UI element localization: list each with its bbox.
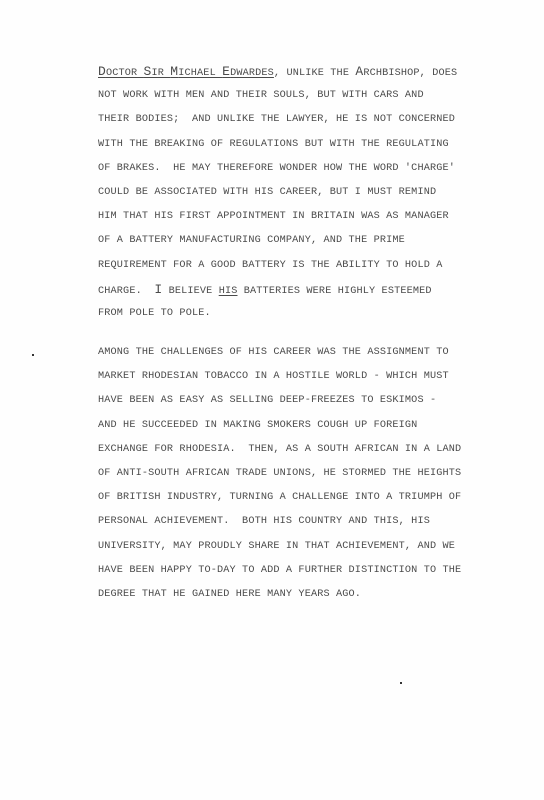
text-line: university, may proudly share in that ac… bbox=[98, 535, 538, 559]
line-rest: , unlike the Archbishop, does bbox=[274, 68, 457, 79]
text-line: could be associated with his career, but… bbox=[98, 181, 538, 205]
text-line: not work with men and their souls, but w… bbox=[98, 84, 538, 108]
text-line: of British industry, turning a challenge… bbox=[98, 486, 538, 510]
text-line: personal achievement. Both his country a… bbox=[98, 510, 538, 534]
text-line: him that his first appointment in Britai… bbox=[98, 205, 538, 229]
text-line: with the breaking of regulations but wit… bbox=[98, 133, 538, 157]
underlined-his: his bbox=[219, 286, 238, 297]
text-line: of anti-South African trade unions, he s… bbox=[98, 462, 538, 486]
text-line: market Rhodesian tobacco in a hostile wo… bbox=[98, 365, 538, 389]
line-rest: batteries were highly esteemed bbox=[238, 286, 432, 297]
text-line: have been as easy as selling deep-freeze… bbox=[98, 389, 538, 413]
honoree-name: Doctor Sir Michael Edwardes bbox=[98, 68, 274, 79]
text-line: charge. I believe his batteries were hig… bbox=[98, 278, 538, 302]
line-start: charge. I believe bbox=[98, 286, 219, 297]
text-line: of brakes. He may therefore wonder how t… bbox=[98, 157, 538, 181]
text-line: and he succeeded in making smokers cough… bbox=[98, 414, 538, 438]
text-line: degree that he gained here many years ag… bbox=[98, 583, 538, 607]
text-line: from pole to pole. bbox=[98, 302, 538, 326]
text-line: have been happy to-day to add a further … bbox=[98, 559, 538, 583]
paragraph-2: Among the challenges of his career was t… bbox=[98, 341, 538, 607]
paragraph-1: Doctor Sir Michael Edwardes, unlike the … bbox=[98, 60, 538, 326]
paper-speck bbox=[400, 682, 402, 684]
text-line: of a battery manufacturing company, and … bbox=[98, 229, 538, 253]
text-line: Doctor Sir Michael Edwardes, unlike the … bbox=[98, 60, 538, 84]
document-page: Doctor Sir Michael Edwardes, unlike the … bbox=[0, 0, 544, 800]
text-line: requirement for a good battery is the ab… bbox=[98, 254, 538, 278]
paper-speck bbox=[32, 354, 34, 356]
text-line: their bodies; and unlike the lawyer, he … bbox=[98, 108, 538, 132]
text-line: Among the challenges of his career was t… bbox=[98, 341, 538, 365]
text-line: exchange for Rhodesia. Then, as a South … bbox=[98, 438, 538, 462]
